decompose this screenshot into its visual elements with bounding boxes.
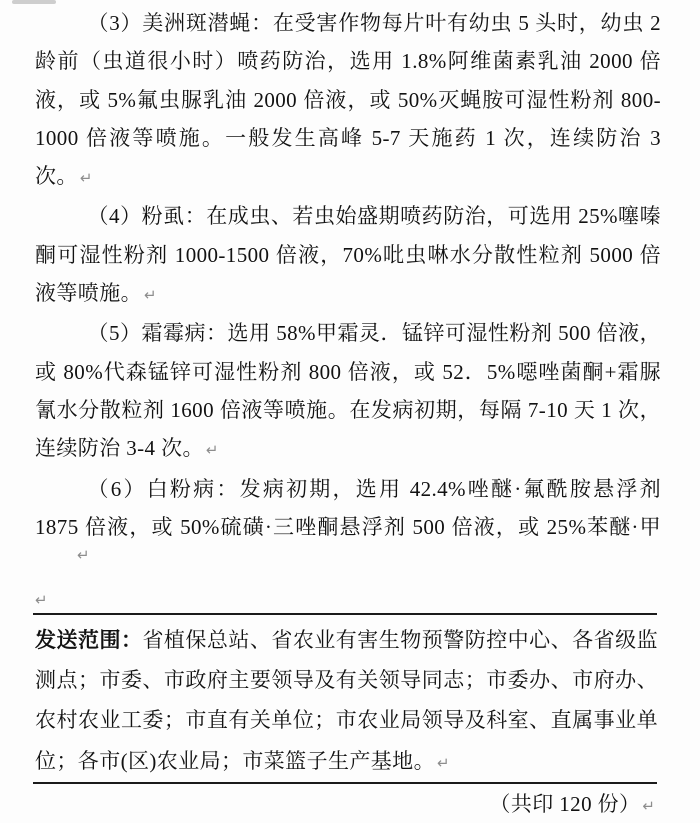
paragraph-mark-icon: ↵ — [435, 754, 450, 772]
paragraph-mark-icon: ↵ — [75, 546, 90, 564]
print-count-line: （共印 120 份）↵ — [35, 789, 655, 821]
paragraph-mark-icon: ↵ — [78, 169, 93, 187]
empty-paragraph: ↵ — [75, 546, 90, 565]
body-paragraph-item-3: （3）美洲斑潜蝇：在受害作物每片叶有幼虫 5 头时，幼虫 2 龄前（虫道很小时）… — [35, 4, 661, 197]
paragraph-mark-icon: ↵ — [142, 286, 157, 304]
paragraph-mark-icon: ↵ — [204, 441, 219, 459]
paragraph-mark-icon: ↵ — [640, 797, 655, 815]
footer-divider-bottom — [33, 782, 657, 784]
body-paragraph-item-5: （5）霜霉病：选用 58%甲霜灵．锰锌可湿性粉剂 500 倍液，或 80%代森锰… — [35, 314, 661, 469]
paragraph-mark-icon: ↵ — [33, 591, 48, 609]
footer-divider-top — [33, 613, 657, 615]
distribution-scope: 发送范围：省植保总站、省农业有害生物预警防控中心、各省级监测点；市委、市政府主要… — [35, 620, 658, 781]
empty-paragraph: ↵ — [33, 591, 48, 610]
distribution-scope-label: 发送范围： — [35, 628, 142, 652]
document-page: （3）美洲斑潜蝇：在受害作物每片叶有幼虫 5 头时，幼虫 2 龄前（虫道很小时）… — [0, 0, 700, 823]
paragraph-text: （3）美洲斑潜蝇：在受害作物每片叶有幼虫 5 头时，幼虫 2 龄前（虫道很小时）… — [35, 11, 661, 188]
paragraph-text: （4）粉虱：在成虫、若虫始盛期喷药防治，可选用 25%噻嗪酮可湿性粉剂 1000… — [35, 204, 661, 305]
print-count: （共印 120 份） — [489, 792, 640, 816]
body-paragraph-item-4: （4）粉虱：在成虫、若虫始盛期喷药防治，可选用 25%噻嗪酮可湿性粉剂 1000… — [35, 197, 661, 314]
body-paragraph-item-6: （6）白粉病：发病初期，选用 42.4%唑醚·氟酰胺悬浮剂 1875 倍液，或 … — [35, 470, 661, 541]
paragraph-text: （6）白粉病：发病初期，选用 42.4%唑醚·氟酰胺悬浮剂 1875 倍液，或 … — [35, 477, 661, 541]
document-body: （3）美洲斑潜蝇：在受害作物每片叶有幼虫 5 头时，幼虫 2 龄前（虫道很小时）… — [35, 4, 661, 541]
paragraph-text: （5）霜霉病：选用 58%甲霜灵．锰锌可湿性粉剂 500 倍液，或 80%代森锰… — [35, 321, 661, 460]
